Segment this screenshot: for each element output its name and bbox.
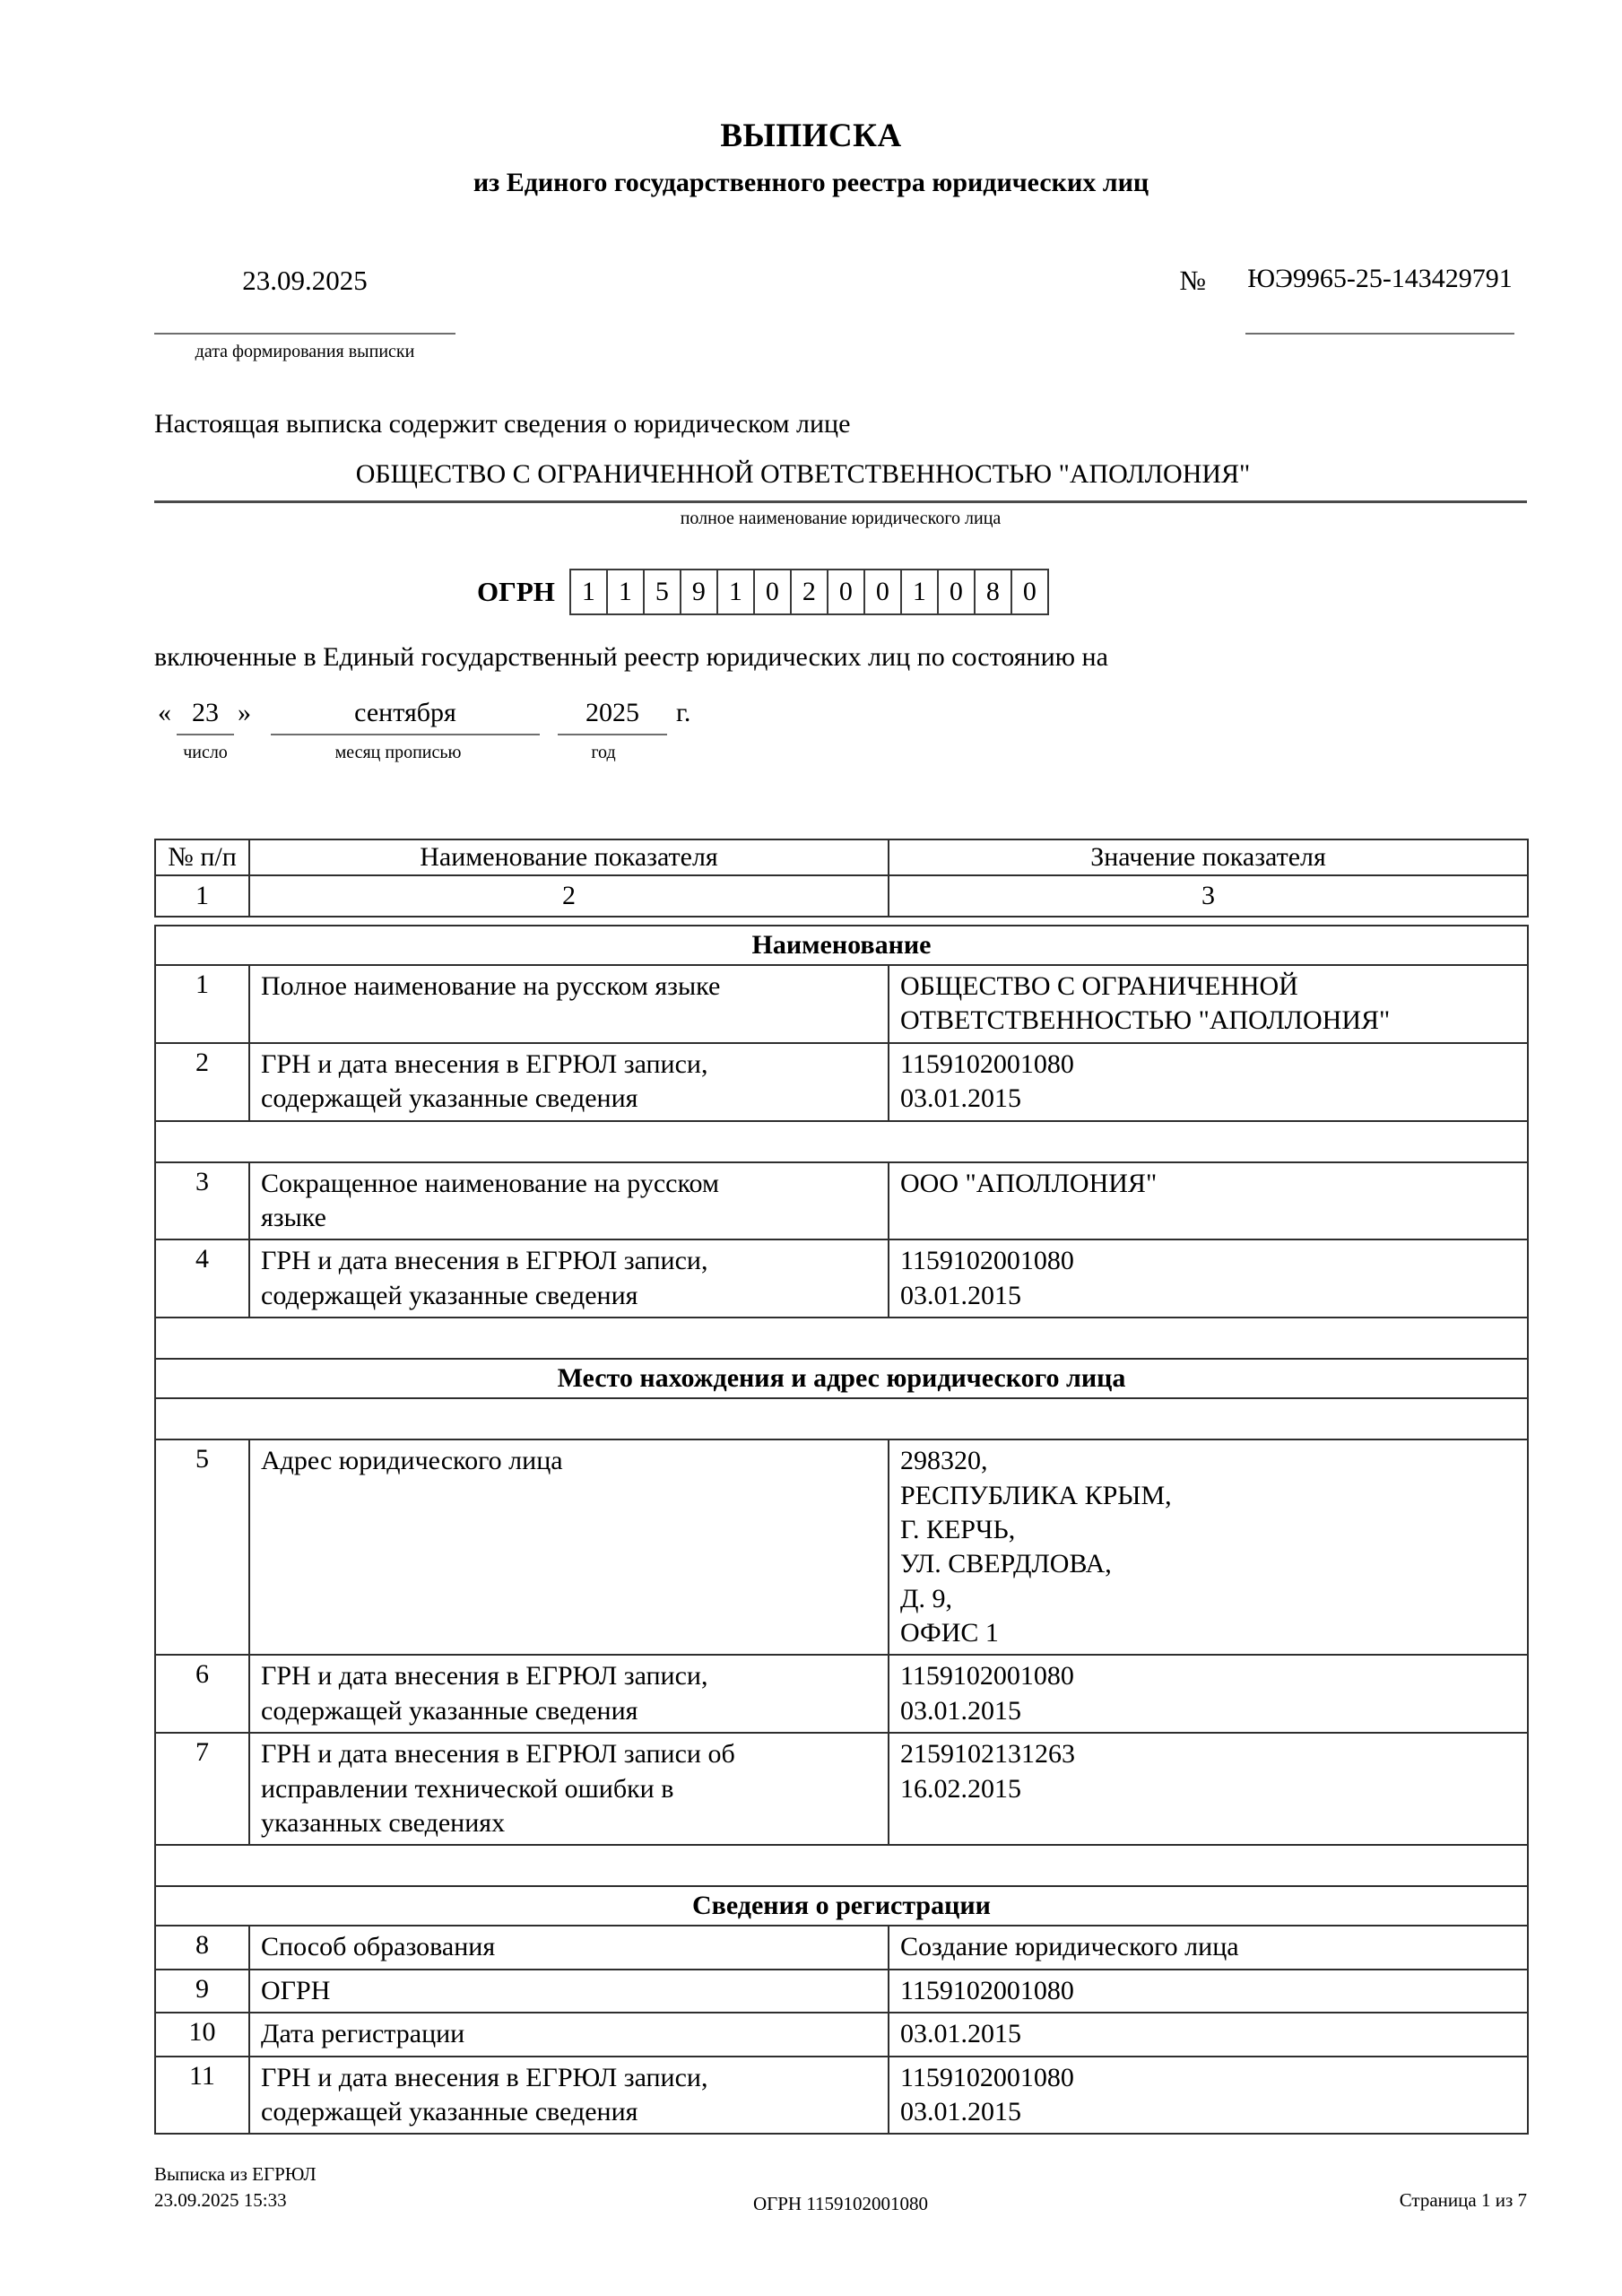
ogrn-digit-cell: 1 (569, 569, 608, 615)
ogrn-digit-cell: 0 (863, 569, 902, 615)
day-label: число (154, 743, 256, 763)
row-num-cell: 1 (155, 965, 249, 1043)
spacer-row (155, 1845, 1528, 1886)
date-in-words-row: « 23 » число сентября месяц прописью 202… (154, 698, 1527, 763)
row-num-cell: 8 (155, 1926, 249, 1969)
header-cell-num: № п/п (155, 839, 249, 875)
row-value-cell: 1159102001080 03.01.2015 (889, 1655, 1528, 1733)
row-value-cell: Создание юридического лица (889, 1926, 1528, 1969)
ogrn-digit-cell: 9 (680, 569, 718, 615)
row-value-cell: 1159102001080 03.01.2015 (889, 2057, 1528, 2135)
section-title: Сведения о регистрации (155, 1886, 1528, 1926)
table-row: 2ГРН и дата внесения в ЕГРЮЛ записи, сод… (155, 1043, 1528, 1121)
ogrn-digit-boxes: 1159102001080 (569, 569, 1049, 615)
ogrn-digit-cell: 0 (827, 569, 865, 615)
spacer-row (155, 1318, 1528, 1359)
ogrn-digit-cell: 1 (900, 569, 939, 615)
company-name-block: ОБЩЕСТВО С ОГРАНИЧЕННОЙ ОТВЕТСТВЕННОСТЬЮ… (154, 459, 1527, 503)
month-group: сентября месяц прописью (256, 698, 540, 763)
row-name-cell: Сокращенное наименование на русском язык… (249, 1162, 889, 1240)
colnum-3: 3 (889, 875, 1528, 917)
date-and-number-row: 23.09.2025 дата формирования выписки № Ю… (154, 263, 1527, 362)
table-row: 10Дата регистрации03.01.2015 (155, 2013, 1528, 2056)
intro-text: Настоящая выписка содержит сведения о юр… (154, 409, 1527, 439)
row-name-cell: ГРН и дата внесения в ЕГРЮЛ записи об ис… (249, 1733, 889, 1845)
year-label: год (540, 743, 667, 763)
month-field: сентября (271, 698, 540, 735)
row-num-cell: 11 (155, 2057, 249, 2135)
ogrn-digit-cell: 0 (753, 569, 792, 615)
egrul-extract-page: ВЫПИСКА из Единого государственного реес… (0, 0, 1622, 2296)
row-value-cell: 1159102001080 03.01.2015 (889, 1239, 1528, 1318)
day-field: 23 (177, 698, 234, 735)
ogrn-digit-cell: 8 (974, 569, 1012, 615)
row-num-cell: 4 (155, 1239, 249, 1318)
company-name-label: полное наименование юридического лица (154, 509, 1527, 529)
spacer-cell (155, 1318, 1528, 1359)
colnum-2: 2 (249, 875, 889, 917)
footer-ogrn: ОГРН 1159102001080 (154, 2193, 1527, 2215)
section-row: Сведения о регистрации (155, 1886, 1528, 1926)
table-row: 1Полное наименование на русском языкеОБЩ… (155, 965, 1528, 1043)
row-num-cell: 7 (155, 1733, 249, 1845)
row-name-cell: ГРН и дата внесения в ЕГРЮЛ записи, соде… (249, 1043, 889, 1121)
row-num-cell: 2 (155, 1043, 249, 1121)
row-value-cell: 1159102001080 03.01.2015 (889, 1043, 1528, 1121)
row-name-cell: ГРН и дата внесения в ЕГРЮЛ записи, соде… (249, 2057, 889, 2135)
row-name-cell: Дата регистрации (249, 2013, 889, 2056)
footer: Выписка из ЕГРЮЛ 23.09.2025 15:33 Страни… (154, 2163, 1527, 2212)
section-row: Наименование (155, 926, 1528, 965)
colnum-1: 1 (155, 875, 249, 917)
formation-date-label: дата формирования выписки (154, 342, 455, 362)
formation-date-group: 23.09.2025 дата формирования выписки (154, 263, 455, 362)
year-field: 2025 (558, 698, 667, 735)
month-label: месяц прописью (256, 743, 540, 763)
main-table: Наименование1Полное наименование на русс… (154, 925, 1529, 2135)
row-name-cell: Полное наименование на русском языке (249, 965, 889, 1043)
day-group: « 23 » число (154, 698, 256, 763)
formation-date-field: 23.09.2025 (154, 263, 455, 335)
row-num-cell: 10 (155, 2013, 249, 2056)
header-cell-name: Наименование показателя (249, 839, 889, 875)
spacer-row (155, 1121, 1528, 1162)
formation-date-value: 23.09.2025 (154, 263, 455, 297)
row-value-cell: 1159102001080 (889, 1970, 1528, 2013)
year-suffix: г. (676, 698, 690, 728)
row-name-cell: ГРН и дата внесения в ЕГРЮЛ записи, соде… (249, 1655, 889, 1733)
extract-number-value: ЮЭ9965-25-143429791 (1245, 263, 1514, 295)
ogrn-digit-cell: 1 (716, 569, 755, 615)
row-name-cell: ОГРН (249, 1970, 889, 2013)
ogrn-row: ОГРН 1159102001080 (477, 569, 1527, 615)
info-table-header: № п/п Наименование показателя Значение п… (154, 839, 1529, 918)
extract-number-field: ЮЭ9965-25-143429791 (1245, 263, 1514, 335)
column-numbers-row: 1 2 3 (155, 875, 1528, 917)
table-row: 3Сокращенное наименование на русском язы… (155, 1162, 1528, 1240)
row-name-cell: ГРН и дата внесения в ЕГРЮЛ записи, соде… (249, 1239, 889, 1318)
year-group: 2025 год (540, 698, 667, 763)
spacer-cell (155, 1121, 1528, 1162)
row-value-cell: 298320, РЕСПУБЛИКА КРЫМ, Г. КЕРЧЬ, УЛ. С… (889, 1439, 1528, 1655)
ogrn-digit-cell: 0 (1010, 569, 1049, 615)
row-name-cell: Способ образования (249, 1926, 889, 1969)
row-value-cell: ОБЩЕСТВО С ОГРАНИЧЕННОЙ ОТВЕТСТВЕННОСТЬЮ… (889, 965, 1528, 1043)
ogrn-digit-cell: 0 (937, 569, 976, 615)
table-row: 4ГРН и дата внесения в ЕГРЮЛ записи, сод… (155, 1239, 1528, 1318)
ogrn-digit-cell: 2 (790, 569, 828, 615)
row-name-cell: Адрес юридического лица (249, 1439, 889, 1655)
day-quote-close: » (234, 698, 256, 728)
spacer-cell (155, 1845, 1528, 1886)
table-row: 8Способ образованияСоздание юридического… (155, 1926, 1528, 1969)
row-num-cell: 5 (155, 1439, 249, 1655)
ogrn-digit-cell: 5 (643, 569, 681, 615)
table-row: 7ГРН и дата внесения в ЕГРЮЛ записи об и… (155, 1733, 1528, 1845)
header-cell-value: Значение показателя (889, 839, 1528, 875)
row-value-cell: 03.01.2015 (889, 2013, 1528, 2056)
table-row: 6ГРН и дата внесения в ЕГРЮЛ записи, сод… (155, 1655, 1528, 1733)
day-quote-open: « (154, 698, 177, 728)
ogrn-digit-cell: 1 (606, 569, 645, 615)
table-row: 9ОГРН1159102001080 (155, 1970, 1528, 2013)
doc-title: ВЫПИСКА (0, 117, 1622, 155)
table-row: 11ГРН и дата внесения в ЕГРЮЛ записи, со… (155, 2057, 1528, 2135)
spacer-cell (155, 1398, 1528, 1439)
section-row: Место нахождения и адрес юридического ли… (155, 1359, 1528, 1398)
row-value-cell: ООО "АПОЛЛОНИЯ" (889, 1162, 1528, 1240)
spacer-row (155, 1398, 1528, 1439)
table-header-row: № п/п Наименование показателя Значение п… (155, 839, 1528, 875)
number-sign: № (1179, 265, 1206, 297)
row-num-cell: 6 (155, 1655, 249, 1733)
ogrn-label: ОГРН (477, 576, 555, 608)
table-row: 5Адрес юридического лица298320, РЕСПУБЛИ… (155, 1439, 1528, 1655)
footer-doc-type: Выписка из ЕГРЮЛ (154, 2163, 1527, 2186)
included-text: включенные в Единый государственный реес… (154, 642, 1527, 673)
row-value-cell: 2159102131263 16.02.2015 (889, 1733, 1528, 1845)
section-title: Место нахождения и адрес юридического ли… (155, 1359, 1528, 1398)
row-num-cell: 9 (155, 1970, 249, 2013)
section-title: Наименование (155, 926, 1528, 965)
company-name-value: ОБЩЕСТВО С ОГРАНИЧЕННОЙ ОТВЕТСТВЕННОСТЬЮ… (356, 459, 1251, 489)
doc-subtitle: из Единого государственного реестра юрид… (0, 168, 1622, 198)
row-num-cell: 3 (155, 1162, 249, 1240)
